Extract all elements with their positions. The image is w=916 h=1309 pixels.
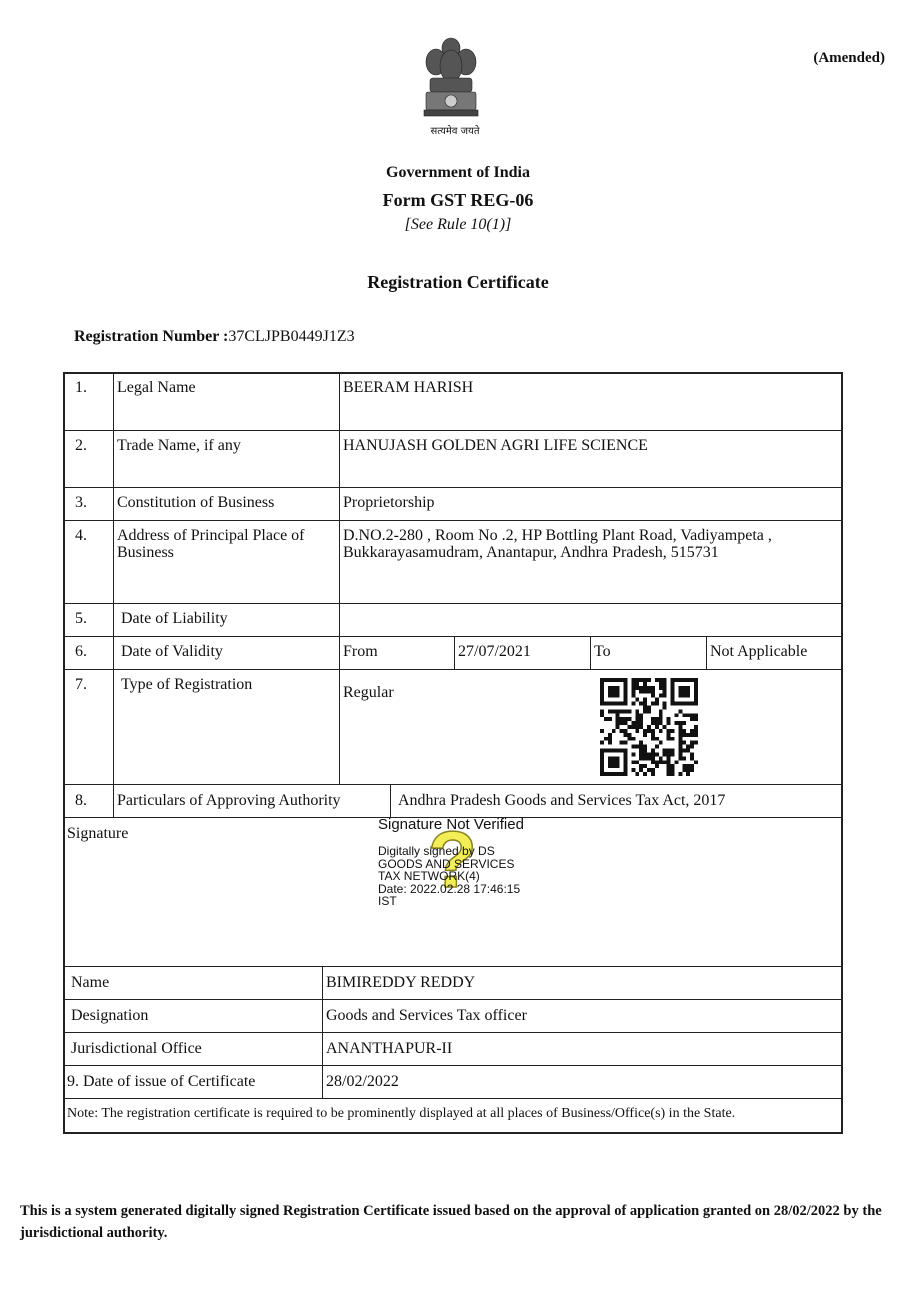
address-label-line2: Business [117, 544, 174, 561]
jurisdictional-office-value: ANANTHAPUR-II [326, 1040, 452, 1057]
designation-value: Goods and Services Tax officer [326, 1007, 527, 1024]
address-value-line1: D.NO.2-280 , Room No .2, HP Bottling Pla… [343, 527, 772, 544]
signature-line-3: TAX NETWORK(4) [378, 870, 520, 883]
legal-name-value: BEERAM HARISH [343, 379, 473, 396]
government-heading: Government of India [0, 164, 916, 182]
form-title: Form GST REG-06 [0, 190, 916, 211]
row-4-number: 4. [75, 527, 87, 544]
date-of-issue-value: 28/02/2022 [326, 1073, 399, 1090]
jurisdictional-office-label: Jurisdictional Office [71, 1040, 202, 1057]
address-label-line1: Address of Principal Place of [117, 527, 305, 544]
registration-number-label: Registration Number : [74, 328, 228, 345]
validity-from-value: 27/07/2021 [458, 643, 531, 660]
signature-status: Signature Not Verified [378, 816, 524, 833]
validity-from-label: From [343, 643, 378, 660]
signature-line-4: Date: 2022.02.28 17:46:15 [378, 883, 520, 896]
registration-number-value: 37CLJPB0449J1Z3 [228, 328, 354, 345]
approving-authority-label: Particulars of Approving Authority [117, 792, 341, 809]
row-5-number: 5. [75, 610, 87, 627]
motto: सत्यमेव जयते [400, 123, 510, 137]
qr-code-icon [600, 678, 698, 776]
constitution-label: Constitution of Business [117, 494, 274, 511]
national-emblem-icon [418, 34, 484, 124]
date-of-liability-label: Date of Liability [121, 610, 228, 627]
constitution-value: Proprietorship [343, 494, 435, 511]
footer-statement: This is a system generated digitally sig… [20, 1200, 890, 1244]
row-7-number: 7. [75, 676, 87, 693]
rule-reference: [See Rule 10(1)] [0, 216, 916, 234]
approving-authority-value: Andhra Pradesh Goods and Services Tax Ac… [398, 792, 725, 809]
validity-to-label: To [594, 643, 611, 660]
signature-line-5: IST [378, 895, 520, 908]
signature-line-1: Digitally signed by DS [378, 845, 520, 858]
address-value-line2: Bukkarayasamudram, Anantapur, Andhra Pra… [343, 544, 719, 561]
signature-details[interactable]: Digitally signed by DS GOODS AND SERVICE… [378, 845, 520, 908]
trade-name-value: HANUJASH GOLDEN AGRI LIFE SCIENCE [343, 437, 648, 454]
note-text: Note: The registration certificate is re… [67, 1105, 735, 1122]
signature-label: Signature [67, 825, 128, 842]
date-of-issue-label: 9. Date of issue of Certificate [67, 1073, 255, 1090]
officer-name-label: Name [71, 974, 109, 991]
row-8-number: 8. [75, 792, 87, 809]
row-3-number: 3. [75, 494, 87, 511]
designation-label: Designation [71, 1007, 148, 1024]
type-of-registration-label: Type of Registration [121, 676, 252, 693]
row-6-number: 6. [75, 643, 87, 660]
amended-label: (Amended) [813, 50, 885, 67]
page-title: Registration Certificate [0, 272, 916, 293]
row-1-number: 1. [75, 379, 87, 396]
legal-name-label: Legal Name [117, 379, 196, 396]
registration-number: Registration Number :37CLJPB0449J1Z3 [74, 328, 355, 346]
trade-name-label: Trade Name, if any [117, 437, 241, 454]
date-of-validity-label: Date of Validity [121, 643, 223, 660]
validity-to-value: Not Applicable [710, 643, 807, 660]
row-2-number: 2. [75, 437, 87, 454]
officer-name-value: BIMIREDDY REDDY [326, 974, 475, 991]
type-of-registration-value: Regular [343, 684, 394, 701]
